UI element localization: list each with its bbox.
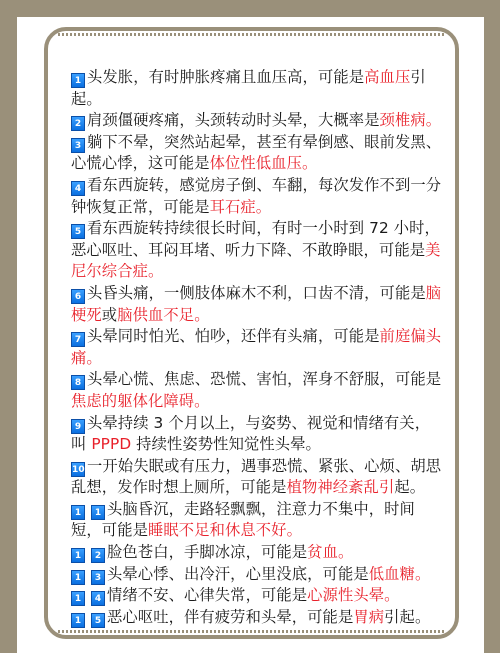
symptom-item: 3躺下不晕，突然站起晕，甚至有晕倒感、眼前发黑、心慌心悸，这可能是体位性低血压。 — [71, 132, 443, 175]
symptom-text: 头晕心慌、焦虑、恐慌、害怕，浑身不舒服，可能是 — [87, 370, 441, 388]
number-badge-icon: 1 — [91, 505, 105, 520]
symptom-list: 1头发胀，有时肿胀疼痛且血压高，可能是高血压引起。2肩颈僵硬疼痛，头颈转动时头晕… — [71, 67, 443, 628]
diagnosis-highlight: 植物神经紊乱引 — [287, 478, 395, 496]
number-badge-icon: 3 — [91, 570, 105, 585]
symptom-text: 肩颈僵硬疼痛，头颈转动时头晕，大概率是 — [87, 111, 380, 129]
symptom-item: 15恶心呕吐，伴有疲劳和头晕，可能是胃病引起。 — [71, 607, 443, 629]
symptom-item: 2肩颈僵硬疼痛，头颈转动时头晕，大概率是颈椎病。 — [71, 110, 443, 132]
symptom-text: 看东西旋转持续很长时间，有时一小时到 72 小时，恶心呕吐、耳闷耳堵、听力下降、… — [71, 219, 440, 259]
diagnosis-highlight: 耳石症。 — [210, 198, 272, 216]
diagnosis-highlight: 颈椎病。 — [380, 111, 442, 129]
number-badge-icon: 1 — [71, 591, 85, 606]
symptom-text: 恶心呕吐，伴有疲劳和头晕，可能是 — [107, 608, 353, 626]
number-badge-icon: 8 — [71, 375, 85, 390]
symptom-text: 引起。 — [384, 608, 430, 626]
symptom-item: 9头晕持续 3 个月以上，与姿势、视觉和情绪有关，叫 PPPD 持续性姿势性知觉… — [71, 413, 443, 456]
number-badge-icon: 7 — [71, 332, 85, 347]
symptom-item: 6头昏头痛，一侧肢体麻木不利，口齿不清，可能是脑梗死或脑供血不足。 — [71, 283, 443, 326]
number-badge-icon: 9 — [71, 419, 85, 434]
symptom-text: 情绪不安、心律失常，可能是 — [107, 586, 307, 604]
diagnosis-highlight: 脑供血不足。 — [117, 306, 209, 324]
number-badge-icon: 5 — [91, 613, 105, 628]
number-badge-icon: 1 — [71, 613, 85, 628]
symptom-item: 12脸色苍白，手脚冰凉，可能是贫血。 — [71, 542, 443, 564]
symptom-item: 5看东西旋转持续很长时间，有时一小时到 72 小时，恶心呕吐、耳闷耳堵、听力下降… — [71, 218, 443, 283]
number-badge-icon: 10 — [71, 462, 85, 477]
symptom-text: 头昏头痛，一侧肢体麻木不利，口齿不清，可能是 — [87, 284, 426, 302]
symptom-text: 或 — [102, 306, 117, 324]
number-badge-icon: 1 — [71, 505, 85, 520]
diagnosis-highlight: 高血压 — [364, 68, 410, 86]
number-badge-icon: 1 — [71, 570, 85, 585]
symptom-text: 头晕同时怕光、怕吵，还伴有头痛，可能是 — [87, 327, 380, 345]
symptom-item: 1头发胀，有时肿胀疼痛且血压高，可能是高血压引起。 — [71, 67, 443, 110]
diagnosis-highlight: 贫血。 — [307, 543, 353, 561]
diagnosis-highlight: PPPD — [91, 435, 131, 453]
diagnosis-highlight: 胃病 — [353, 608, 384, 626]
number-badge-icon: 4 — [91, 591, 105, 606]
number-badge-icon: 4 — [71, 181, 85, 196]
number-badge-icon: 2 — [91, 548, 105, 563]
symptom-text: 头晕心悸、出冷汗，心里没底，可能是 — [107, 565, 369, 583]
number-badge-icon: 3 — [71, 138, 85, 153]
diagnosis-highlight: 体位性低血压。 — [210, 154, 318, 172]
number-badge-icon: 6 — [71, 289, 85, 304]
symptom-item: 11头脑昏沉，走路轻飘飘，注意力不集中，时间短，可能是睡眠不足和休息不好。 — [71, 499, 443, 542]
symptom-item: 7头晕同时怕光、怕吵，还伴有头痛，可能是前庭偏头痛。 — [71, 326, 443, 369]
symptom-text: 脸色苍白，手脚冰凉，可能是 — [107, 543, 307, 561]
number-badge-icon: 1 — [71, 548, 85, 563]
number-badge-icon: 5 — [71, 224, 85, 239]
symptom-item: 8头晕心慌、焦虑、恐慌、害怕，浑身不舒服，可能是焦虑的躯体化障碍。 — [71, 369, 443, 412]
symptom-item: 13头晕心悸、出冷汗，心里没底，可能是低血糖。 — [71, 564, 443, 586]
number-badge-icon: 1 — [71, 73, 85, 88]
diagnosis-highlight: 睡眠不足和休息不好。 — [148, 521, 302, 539]
symptom-item: 14情绪不安、心律失常，可能是心源性头晕。 — [71, 585, 443, 607]
diagnosis-highlight: 焦虑的躯体化障碍。 — [71, 392, 210, 410]
diagnosis-highlight: 低血糖。 — [369, 565, 431, 583]
symptom-text: 持续性姿势性知觉性头晕。 — [131, 435, 321, 453]
number-badge-icon: 2 — [71, 116, 85, 131]
symptom-item: 10一开始失眠或有压力，遇事恐慌、紧张、心烦、胡思乱想，发作时想上厕所，可能是植… — [71, 456, 443, 499]
diagnosis-highlight: 心源性头晕。 — [307, 586, 399, 604]
symptom-text: 头发胀，有时肿胀疼痛且血压高，可能是 — [87, 68, 364, 86]
symptom-text: 起。 — [394, 478, 425, 496]
symptom-item: 4看东西旋转，感觉房子倒、车翻，每次发作不到一分钟恢复正常，可能是耳石症。 — [71, 175, 443, 218]
